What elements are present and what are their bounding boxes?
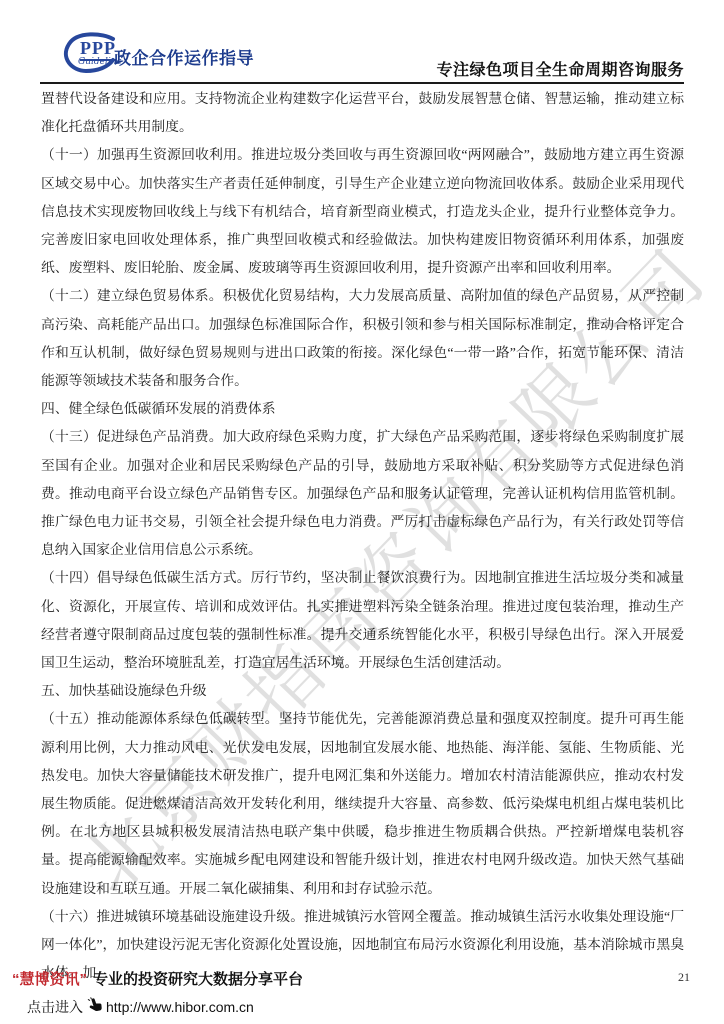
section-heading-4: 四、健全绿色低碳循环发展的消费体系 xyxy=(41,395,684,423)
document-body: 置替代设备建设和应用。支持物流企业构建数字化运营平台，鼓励发展智慧仓储、智慧运输… xyxy=(41,85,684,988)
paragraph-item-12: （十二）建立绿色贸易体系。积极优化贸易结构，大力发展高质量、高附加值的绿色产品贸… xyxy=(41,282,684,395)
footer-link-row: 点击进入 http://www.hibor.com.cn xyxy=(27,996,254,1018)
header-divider xyxy=(40,82,684,84)
click-enter-link[interactable]: 点击进入 xyxy=(27,997,83,1017)
paragraph-item-14: （十四）倡导绿色低碳生活方式。厉行节约，坚决制止餐饮浪费行为。因地制宜推进生活垃… xyxy=(41,564,684,677)
paragraph-item-11: （十一）加强再生资源回收利用。推进垃圾分类回收与再生资源回收“两网融合”，鼓励地… xyxy=(41,141,684,282)
logo-title: 政企合作运作指导 xyxy=(114,44,254,69)
paragraph-item-13: （十三）促进绿色产品消费。加大政府绿色采购力度，扩大绿色产品采购范围，逐步将绿色… xyxy=(41,423,684,564)
section-heading-5: 五、加快基础设施绿色升级 xyxy=(41,677,684,705)
document-page: 北京财指南咨询有限公司 PPP Guideline 政企合作运作指导 专注绿色项… xyxy=(0,0,724,1024)
website-link[interactable]: http://www.hibor.com.cn xyxy=(106,999,254,1015)
footer-branding-row: “慧博资讯”专业的投资研究大数据分享平台 21 xyxy=(12,968,712,989)
header-slogan: 专注绿色项目全生命周期咨询服务 xyxy=(436,57,684,80)
hibor-brand: “慧博资讯” xyxy=(12,971,87,988)
paragraph-continuation: 置替代设备建设和应用。支持物流企业构建数字化运营平台，鼓励发展智慧仓储、智慧运输… xyxy=(41,85,684,141)
footer-tagline: 专业的投资研究大数据分享平台 xyxy=(93,971,303,988)
page-number: 21 xyxy=(678,970,690,985)
hand-cursor-icon[interactable] xyxy=(85,994,106,1019)
paragraph-item-15: （十五）推动能源体系绿色低碳转型。坚持节能优先，完善能源消费总量和强度双控制度。… xyxy=(41,705,684,902)
